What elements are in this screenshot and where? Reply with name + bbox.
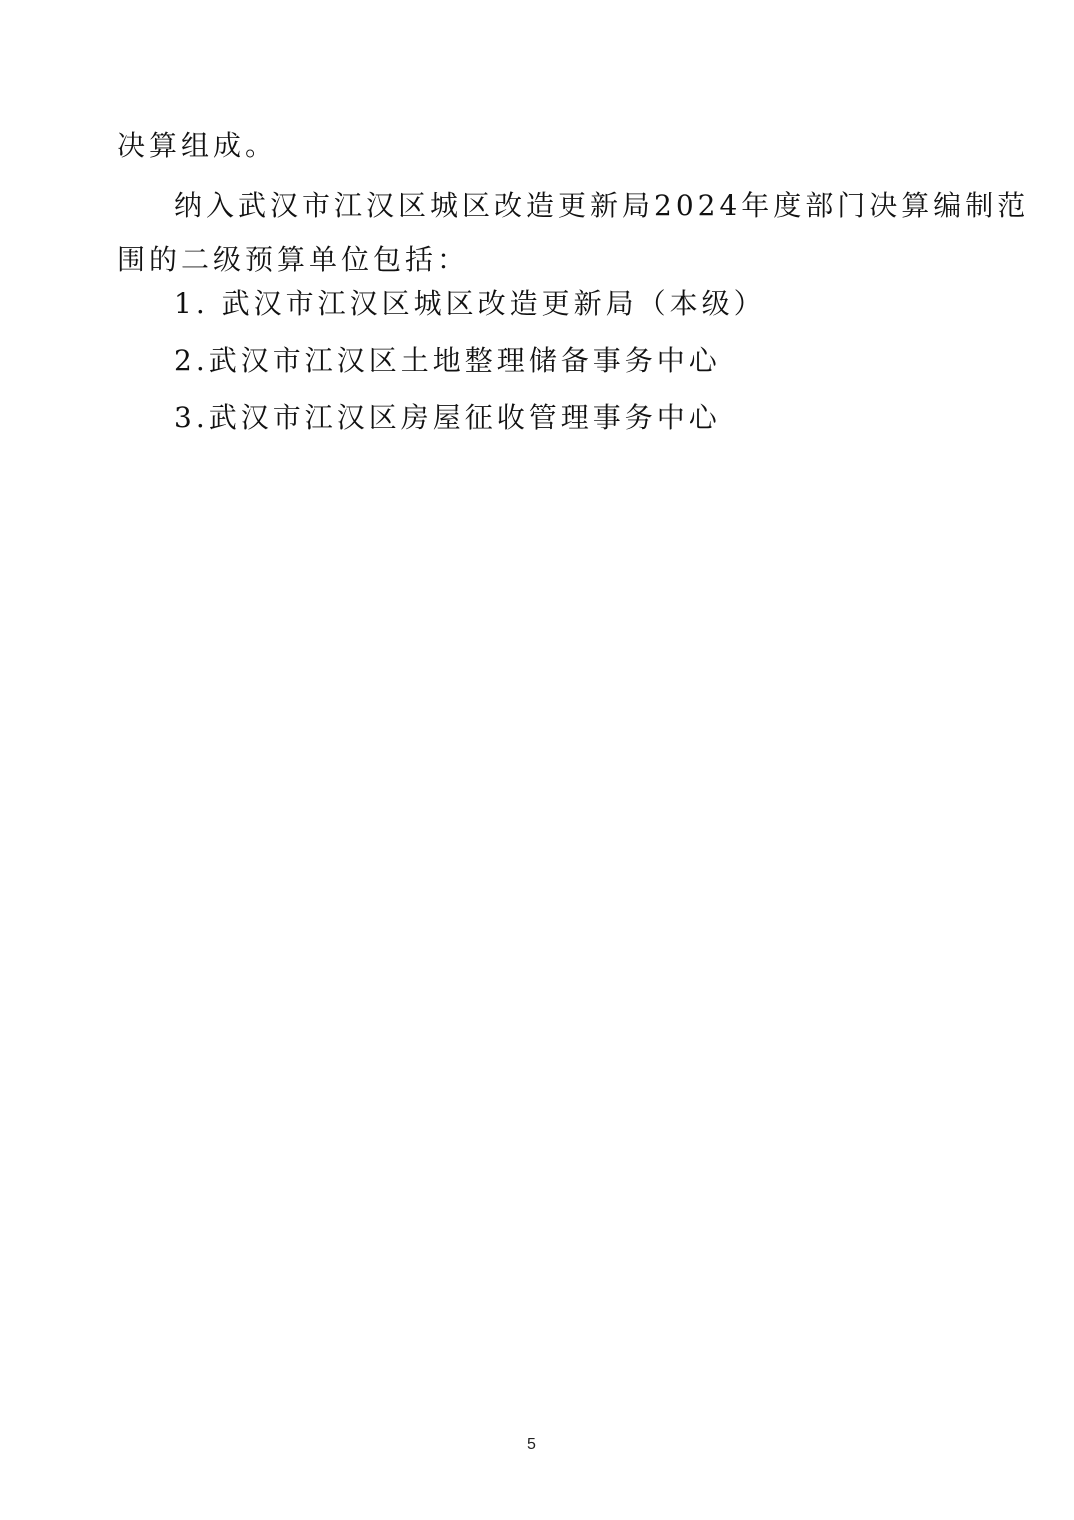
list-item-1: 1. 武汉市江汉区城区改造更新局（本级） <box>174 284 766 324</box>
list-item-3: 3.武汉市江汉区房屋征收管理事务中心 <box>174 398 721 438</box>
paragraph-scope-line1: 纳入武汉市江汉区城区改造更新局2024年度部门决算编制范 <box>174 186 1029 226</box>
paragraph-scope-line2: 围的二级预算单位包括： <box>117 240 469 280</box>
paragraph-continuation: 决算组成。 <box>117 126 277 166</box>
page-number: 5 <box>527 1436 536 1454</box>
list-item-2: 2.武汉市江汉区土地整理储备事务中心 <box>174 341 721 381</box>
document-page: 决算组成。 纳入武汉市江汉区城区改造更新局2024年度部门决算编制范 围的二级预… <box>0 0 1074 1520</box>
